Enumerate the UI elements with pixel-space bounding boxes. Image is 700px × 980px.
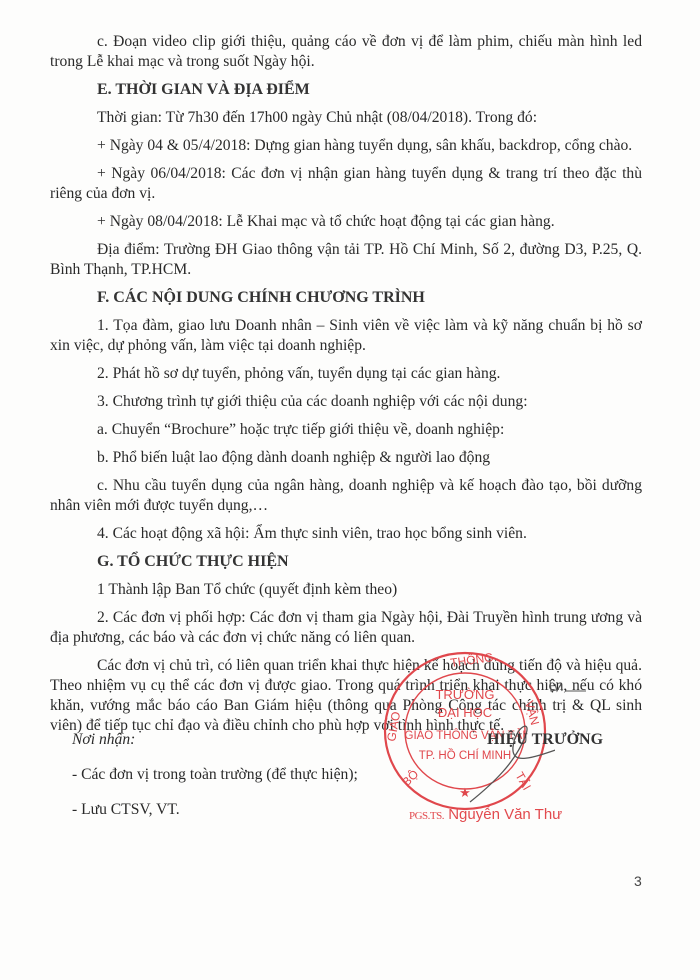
svg-text:ĐẠI HỌC: ĐẠI HỌC [438,705,492,720]
section-g-heading: G. TỔ CHỨC THỰC HIỆN [50,552,642,572]
section-e-item: + Ngày 08/04/2018: Lễ Khai mạc và tổ chứ… [50,212,642,232]
signer-name-text: Nguyễn Văn Thư [448,806,562,823]
page-number: 3 [634,873,642,889]
section-f-item: c. Nhu cầu tuyển dụng của ngân hàng, doa… [50,476,642,516]
svg-text:★: ★ [459,785,471,800]
svg-text:THÔNG: THÔNG [449,649,494,670]
document-body: c. Đoạn video clip giới thiệu, quảng cáo… [50,32,642,736]
signer-title: HIỆU TRƯỞNG [487,731,603,749]
signer-name-prefix: PGS.TS. [409,810,444,822]
paragraph-video-clip: c. Đoạn video clip giới thiệu, quảng cáo… [50,32,642,72]
official-stamp-icon: THÔNG GIAO VẬN BỘ TẢI TRƯỜNG ĐẠI HỌC GIA… [375,647,555,812]
section-e-location: Địa điểm: Trường ĐH Giao thông vận tải T… [50,240,642,280]
section-g-item: 2. Các đơn vị phối hợp: Các đơn vị tham … [50,608,642,648]
svg-text:TRƯỜNG: TRƯỜNG [435,687,494,702]
svg-text:TẢI: TẢI [512,769,534,793]
section-f-heading: F. CÁC NỘI DUNG CHÍNH CHƯƠNG TRÌNH [50,288,642,308]
section-e-heading: E. THỜI GIAN VÀ ĐỊA ĐIỂM [50,80,642,100]
recipients-label: Nơi nhận: [72,730,358,750]
initial-signature-icon [548,676,588,696]
section-e-item: + Ngày 04 & 05/4/2018: Dựng gian hàng tu… [50,136,642,156]
section-f-item: a. Chuyển “Brochure” hoặc trực tiếp giới… [50,420,642,440]
section-f-item: 1. Tọa đàm, giao lưu Doanh nhân – Sinh v… [50,316,642,356]
section-f-item: b. Phổ biến luật lao động dành doanh ngh… [50,448,642,468]
svg-text:TP. HỒ CHÍ MINH: TP. HỒ CHÍ MINH [419,749,511,762]
svg-text:BỘ: BỘ [399,766,422,789]
recipient-item: - Các đơn vị trong toàn trường (để thực … [72,765,358,785]
signer-name: PGS.TS. Nguyễn Văn Thư [409,806,562,823]
section-f-item: 4. Các hoạt động xã hội: Ẩm thực sinh vi… [50,524,642,544]
section-f-item: 2. Phát hồ sơ dự tuyển, phỏng vấn, tuyển… [50,364,642,384]
recipients-block: Nơi nhận: - Các đơn vị trong toàn trường… [72,730,358,835]
recipient-item: - Lưu CTSV, VT. [72,800,358,820]
section-e-time: Thời gian: Từ 7h30 đến 17h00 ngày Chủ nh… [50,108,642,128]
section-f-item: 3. Chương trình tự giới thiệu của các do… [50,392,642,412]
section-e-item: + Ngày 06/04/2018: Các đơn vị nhận gian … [50,164,642,204]
section-g-item: 1 Thành lập Ban Tổ chức (quyết định kèm … [50,580,642,600]
